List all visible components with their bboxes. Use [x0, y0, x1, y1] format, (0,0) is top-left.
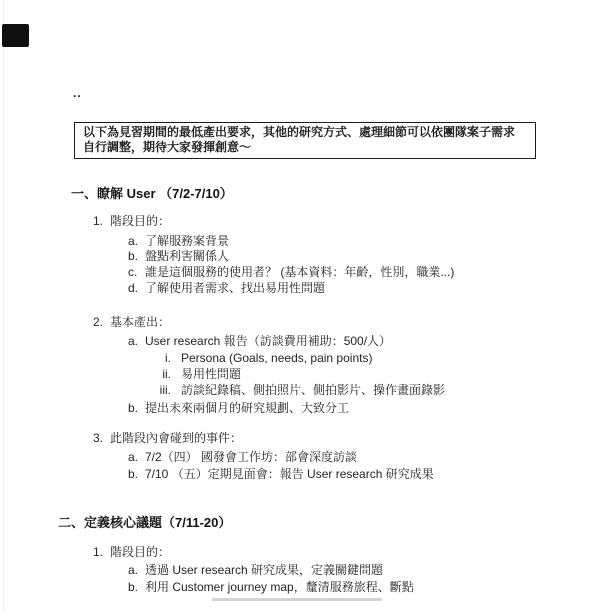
list-text: 提出未來兩個月的研究規劃、大致分工: [145, 401, 349, 415]
list-text: 盤點利害關係人: [145, 249, 229, 263]
list-marker: b.: [128, 467, 145, 481]
list-text: 利用 Customer journey map，釐清服務旅程、斷點: [145, 580, 414, 594]
redaction-box: [2, 24, 29, 47]
list-text: 階段目的：: [110, 545, 170, 559]
list-marker: a.: [128, 450, 145, 464]
list-item: c.誰是這個服務的使用者？ (基本資料：年齡，性別，職業...): [128, 265, 454, 279]
list-item: a.7/2（四） 國發會工作坊：部會深度訪談: [128, 450, 357, 464]
paragraph-dots: ..: [73, 86, 82, 100]
list-marker: b.: [128, 580, 145, 594]
list-item: 3.此階段內會碰到的事件：: [93, 431, 242, 445]
callout-line-2: 自行調整，期待大家發揮創意～: [83, 140, 527, 155]
section-2-title: 二、定義核心議題（7/11-20）: [58, 515, 231, 530]
list-item: ii.易用性問題: [155, 367, 241, 381]
list-text: 透過 User research 研究成果，定義關鍵問題: [145, 563, 383, 577]
list-item: 2.基本產出：: [93, 315, 170, 329]
list-item: iii.訪談紀錄稿、側拍照片、側拍影片、操作畫面錄影: [155, 383, 445, 397]
callout-box: 以下為見習期間的最低產出要求，其他的研究方式、處理細節可以依團隊案子需求 自行調…: [74, 122, 536, 159]
list-text: 7/2（四） 國發會工作坊：部會深度訪談: [145, 450, 357, 464]
list-text: 基本產出：: [110, 315, 170, 329]
list-marker: i.: [155, 351, 171, 365]
list-text: 此階段內會碰到的事件：: [110, 431, 242, 445]
list-marker: 1.: [93, 214, 110, 228]
list-text: 易用性問題: [181, 367, 241, 381]
list-text: 階段目的：: [110, 214, 170, 228]
cutoff-content-artifact: [212, 598, 382, 601]
list-text: 訪談紀錄稿、側拍照片、側拍影片、操作畫面錄影: [181, 383, 445, 397]
list-marker: 2.: [93, 315, 110, 329]
section-1-title: 一、瞭解 User （7/2-7/10）: [71, 186, 233, 201]
list-item: b.7/10 （五）定期見面會：報告 User research 研究成果: [128, 467, 434, 481]
list-marker: a.: [128, 563, 145, 577]
list-text: User research 報告（訪談費用補助：500/人）: [145, 334, 391, 348]
list-marker: b.: [128, 401, 145, 415]
list-text: 誰是這個服務的使用者？ (基本資料：年齡，性別，職業...): [145, 265, 454, 279]
list-text: 7/10 （五）定期見面會：報告 User research 研究成果: [145, 467, 434, 481]
list-item: d.了解使用者需求、找出易用性問題: [128, 281, 325, 295]
list-text: 了解服務案背景: [145, 234, 229, 248]
list-item: 1.階段目的：: [93, 214, 170, 228]
list-marker: b.: [128, 249, 145, 263]
list-marker: c.: [128, 265, 145, 279]
list-marker: iii.: [155, 383, 171, 397]
list-marker: 3.: [93, 431, 110, 445]
viewport-edge-line: [3, 0, 4, 611]
list-item: i.Persona (Goals, needs, pain points): [155, 351, 372, 365]
list-item: a.透過 User research 研究成果，定義關鍵問題: [128, 563, 383, 577]
list-item: a.User research 報告（訪談費用補助：500/人）: [128, 334, 391, 348]
list-marker: ii.: [155, 367, 171, 381]
list-marker: a.: [128, 234, 145, 248]
list-marker: a.: [128, 334, 145, 348]
list-item: b.利用 Customer journey map，釐清服務旅程、斷點: [128, 580, 414, 594]
callout-line-1: 以下為見習期間的最低產出要求，其他的研究方式、處理細節可以依團隊案子需求: [83, 125, 527, 140]
list-item: b.提出未來兩個月的研究規劃、大致分工: [128, 401, 349, 415]
list-text: 了解使用者需求、找出易用性問題: [145, 281, 325, 295]
list-item: 1.階段目的：: [93, 545, 170, 559]
list-item: a.了解服務案背景: [128, 234, 229, 248]
list-marker: 1.: [93, 545, 110, 559]
list-marker: d.: [128, 281, 145, 295]
document-page: { "colors": { "text": "#222222", "callou…: [0, 0, 600, 611]
list-text: Persona (Goals, needs, pain points): [181, 351, 372, 365]
list-item: b.盤點利害關係人: [128, 249, 229, 263]
